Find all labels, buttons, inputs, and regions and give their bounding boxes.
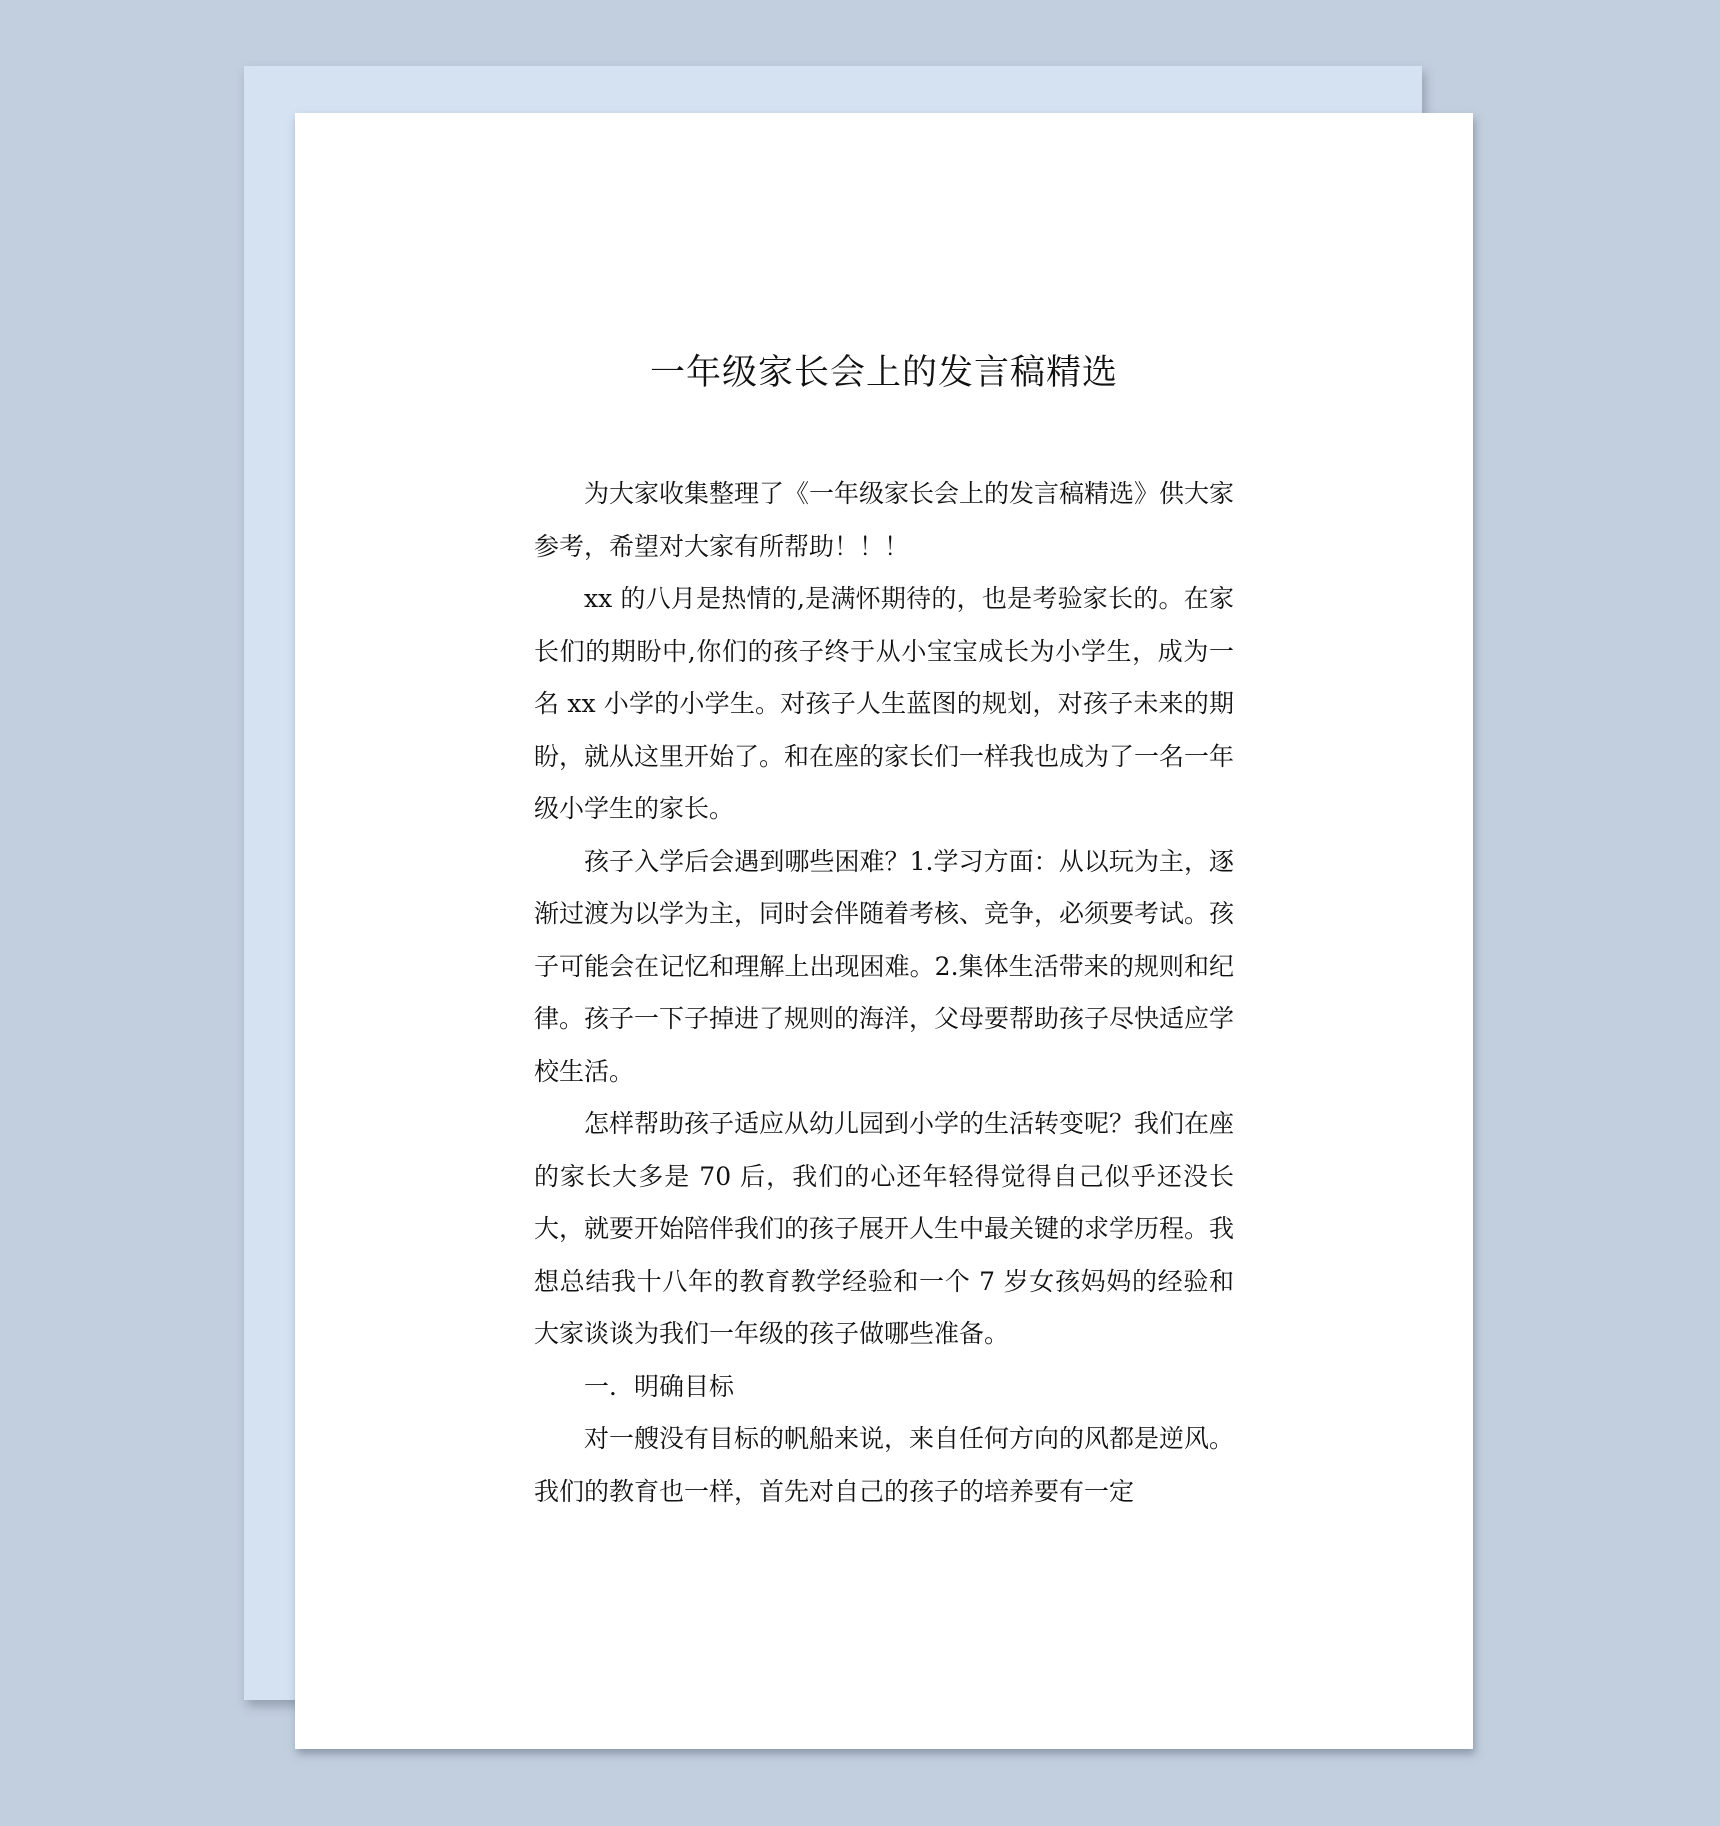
paragraph-difficulties: 孩子入学后会遇到哪些困难？1.学习方面：从以玩为主，逐渐过渡为以学为主，同时会伴… <box>534 836 1234 1099</box>
document-body: 为大家收集整理了《一年级家长会上的发言稿精选》供大家参考，希望对大家有所帮助！！… <box>534 468 1234 1518</box>
document-page: 一年级家长会上的发言稿精选 为大家收集整理了《一年级家长会上的发言稿精选》供大家… <box>295 113 1473 1749</box>
section-heading-goals: 一．明确目标 <box>534 1361 1234 1414</box>
paragraph-adaptation: 怎样帮助孩子适应从幼儿园到小学的生活转变呢？我们在座的家长大多是 70 后，我们… <box>534 1098 1234 1361</box>
paragraph-goals: 对一艘没有目标的帆船来说，来自任何方向的风都是逆风。我们的教育也一样，首先对自己… <box>534 1413 1234 1518</box>
document-title: 一年级家长会上的发言稿精选 <box>295 345 1473 395</box>
paragraph-intro: 为大家收集整理了《一年级家长会上的发言稿精选》供大家参考，希望对大家有所帮助！！… <box>534 468 1234 573</box>
paragraph-august: xx 的八月是热情的,是满怀期待的，也是考验家长的。在家长们的期盼中,你们的孩子… <box>534 573 1234 836</box>
